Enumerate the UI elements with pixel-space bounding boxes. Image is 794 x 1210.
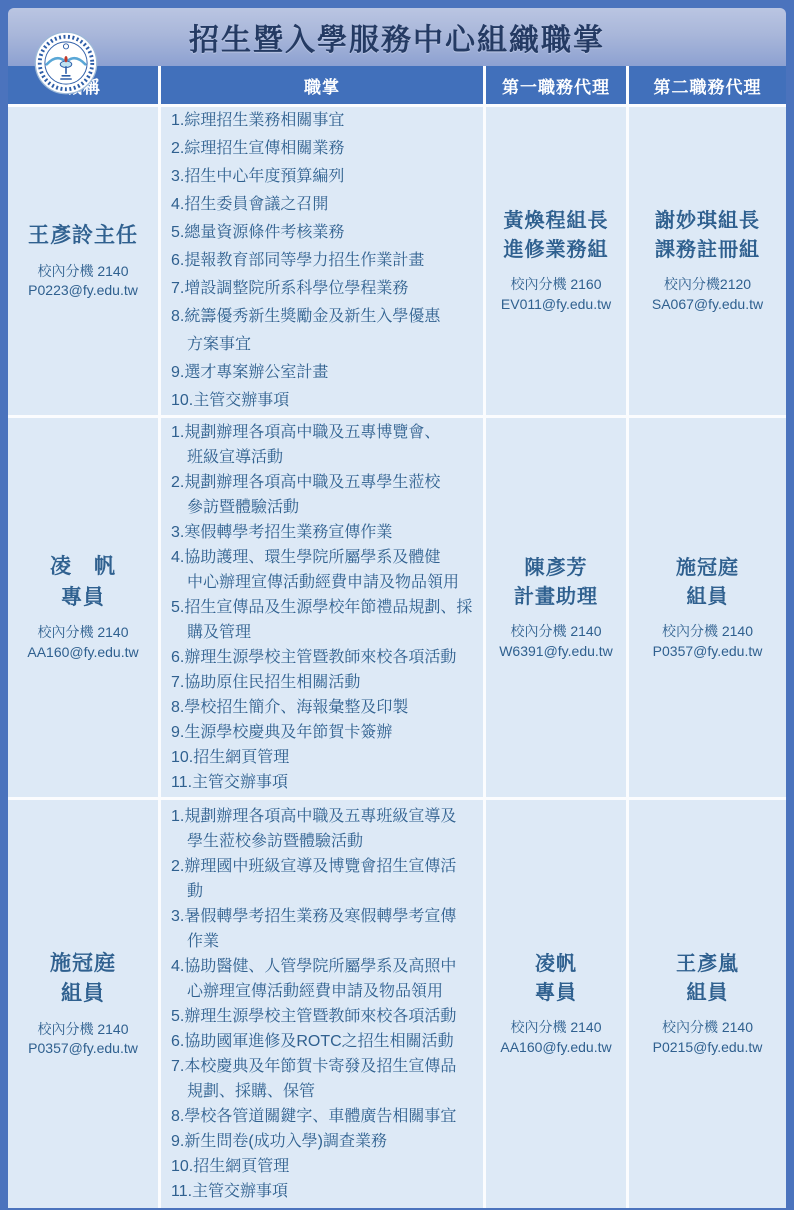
duty-item: 8.統籌優秀新生獎勵金及新生入學優惠 方案事宜 bbox=[171, 303, 475, 359]
person-contact: 校內分機 2140AA160@fy.edu.tw bbox=[500, 1018, 611, 1057]
first-deputy-cell: 凌帆專員校內分機 2140AA160@fy.edu.tw bbox=[486, 800, 626, 1208]
person-name: 謝妙琪組長課務註冊組 bbox=[655, 207, 760, 265]
extension: 校內分機 2140 bbox=[653, 1018, 763, 1038]
duty-item: 2.規劃辦理各項高中職及五專學生蒞校 參訪暨體驗活動 bbox=[171, 470, 475, 520]
email: AA160@fy.edu.tw bbox=[27, 643, 138, 663]
person-name: 王彥嵐組員 bbox=[676, 950, 739, 1008]
duty-item: 3.寒假轉學考招生業務宣傳作業 bbox=[171, 520, 475, 545]
column-header-first-deputy: 第一職務代理 bbox=[486, 66, 626, 104]
duty-item: 5.總量資源條件考核業務 bbox=[171, 219, 475, 247]
person-name-line: 黃煥程組長 bbox=[504, 207, 609, 236]
first-deputy-cell: 黃煥程組長進修業務組校內分機 2160EV011@fy.edu.tw bbox=[486, 107, 626, 415]
second-deputy-cell: 王彥嵐組員校內分機 2140P0215@fy.edu.tw bbox=[629, 800, 786, 1208]
duty-item: 6.辦理生源學校主管暨教師來校各項活動 bbox=[171, 645, 475, 670]
extension: 校內分機 2140 bbox=[500, 1018, 611, 1038]
extension: 校內分機 2140 bbox=[28, 262, 138, 282]
person-name-line: 組員 bbox=[676, 583, 739, 612]
person-name-line: 王彥詅主任 bbox=[28, 221, 138, 251]
duty-item: 8.學校各管道關鍵字、車體廣告相關事宜 bbox=[171, 1104, 475, 1129]
duty-item: 6.提報教育部同等學力招生作業計畫 bbox=[171, 247, 475, 275]
person-name-line: 計畫助理 bbox=[514, 583, 598, 612]
person-name-line: 陳彥芳 bbox=[514, 554, 598, 583]
person-name: 施冠庭組員 bbox=[676, 554, 739, 612]
person-contact: 校內分機 2140P0357@fy.edu.tw bbox=[28, 1020, 138, 1059]
duty-item: 11.主管交辦事項 bbox=[171, 770, 475, 795]
person-name-line: 謝妙琪組長 bbox=[655, 207, 760, 236]
email: P0357@fy.edu.tw bbox=[653, 642, 763, 662]
person-name: 王彥詅主任 bbox=[28, 221, 138, 251]
duty-item: 8.學校招生簡介、海報彙整及印製 bbox=[171, 695, 475, 720]
person-contact: 校內分機 2140P0223@fy.edu.tw bbox=[28, 262, 138, 301]
email: P0223@fy.edu.tw bbox=[28, 281, 138, 301]
duty-item: 1.綜理招生業務相關事宜 bbox=[171, 107, 475, 135]
extension: 校內分機 2140 bbox=[27, 623, 138, 643]
email: EV011@fy.edu.tw bbox=[501, 295, 611, 315]
school-seal-icon bbox=[34, 31, 98, 95]
person-contact: 校內分機 2160EV011@fy.edu.tw bbox=[501, 275, 611, 314]
second-deputy-cell: 謝妙琪組長課務註冊組校內分機2120SA067@fy.edu.tw bbox=[629, 107, 786, 415]
duty-item: 4.招生委員會議之召開 bbox=[171, 191, 475, 219]
email: SA067@fy.edu.tw bbox=[652, 295, 763, 315]
person-cell: 王彥詅主任校內分機 2140P0223@fy.edu.tw bbox=[8, 107, 158, 415]
person-cell: 凌 帆專員校內分機 2140AA160@fy.edu.tw bbox=[8, 418, 158, 797]
extension: 校內分機2120 bbox=[652, 275, 763, 295]
duty-item: 9.生源學校慶典及年節賀卡簽辦 bbox=[171, 720, 475, 745]
duty-item: 9.新生問卷(成功入學)調查業務 bbox=[171, 1129, 475, 1154]
extension: 校內分機 2140 bbox=[499, 622, 613, 642]
duty-item: 2.綜理招生宣傳相關業務 bbox=[171, 135, 475, 163]
column-header-duties: 職掌 bbox=[161, 66, 483, 104]
person-name: 凌 帆專員 bbox=[50, 552, 116, 613]
duties-cell: 1.規劃辦理各項高中職及五專博覽會、 班級宣導活動2.規劃辦理各項高中職及五專學… bbox=[161, 418, 483, 797]
page-frame: 招生暨入學服務中心組織職掌 職稱 職掌 第一職務代理 第二職務代理 王彥詅主任校… bbox=[0, 0, 794, 1210]
person-name-line: 專員 bbox=[50, 583, 116, 613]
person-name: 施冠庭組員 bbox=[50, 949, 116, 1010]
person-name: 凌帆專員 bbox=[535, 950, 577, 1008]
duty-item: 1.規劃辦理各項高中職及五專班級宣導及 學生蒞校參訪暨體驗活動 bbox=[171, 804, 475, 854]
person-contact: 校內分機 2140P0357@fy.edu.tw bbox=[653, 622, 763, 661]
email: P0215@fy.edu.tw bbox=[653, 1038, 763, 1058]
duty-item: 7.增設調整院所系科學位學程業務 bbox=[171, 275, 475, 303]
duty-item: 2.辦理國中班級宣導及博覽會招生宣傳活 動 bbox=[171, 854, 475, 904]
duty-item: 6.協助國軍進修及ROTC之招生相關活動 bbox=[171, 1029, 475, 1054]
second-deputy-cell: 施冠庭組員校內分機 2140P0357@fy.edu.tw bbox=[629, 418, 786, 797]
duty-item: 11.主管交辦事項 bbox=[171, 1179, 475, 1204]
duty-item: 5.招生宣傳品及生源學校年節禮品規劃、採 購及管理 bbox=[171, 595, 475, 645]
person-name-line: 課務註冊組 bbox=[655, 236, 760, 265]
extension: 校內分機 2140 bbox=[28, 1020, 138, 1040]
person-contact: 校內分機 2140W6391@fy.edu.tw bbox=[499, 622, 613, 661]
person-contact: 校內分機 2140P0215@fy.edu.tw bbox=[653, 1018, 763, 1057]
page-title: 招生暨入學服務中心組織職掌 bbox=[189, 15, 605, 59]
duty-item: 4.協助護理、環生學院所屬學系及體健 中心辦理宣傳活動經費申請及物品領用 bbox=[171, 545, 475, 595]
duty-item: 5.辦理生源學校主管暨教師來校各項活動 bbox=[171, 1004, 475, 1029]
person-name-line: 凌帆 bbox=[535, 950, 577, 979]
email: W6391@fy.edu.tw bbox=[499, 642, 613, 662]
person-name: 黃煥程組長進修業務組 bbox=[504, 207, 609, 265]
person-name-line: 進修業務組 bbox=[504, 236, 609, 265]
column-header-second-deputy: 第二職務代理 bbox=[629, 66, 786, 104]
duty-item: 7.協助原住民招生相關活動 bbox=[171, 670, 475, 695]
first-deputy-cell: 陳彥芳計畫助理校內分機 2140W6391@fy.edu.tw bbox=[486, 418, 626, 797]
person-contact: 校內分機 2140AA160@fy.edu.tw bbox=[27, 623, 138, 662]
person-name-line: 王彥嵐 bbox=[676, 950, 739, 979]
person-name-line: 組員 bbox=[676, 979, 739, 1008]
person-name-line: 施冠庭 bbox=[50, 949, 116, 979]
duty-item: 9.選才專案辦公室計畫 bbox=[171, 359, 475, 387]
person-name-line: 施冠庭 bbox=[676, 554, 739, 583]
person-contact: 校內分機2120SA067@fy.edu.tw bbox=[652, 275, 763, 314]
person-name: 陳彥芳計畫助理 bbox=[514, 554, 598, 612]
email: AA160@fy.edu.tw bbox=[500, 1038, 611, 1058]
title-bar: 招生暨入學服務中心組織職掌 bbox=[8, 8, 786, 66]
extension: 校內分機 2140 bbox=[653, 622, 763, 642]
duty-item: 10.招生網頁管理 bbox=[171, 745, 475, 770]
duty-item: 3.暑假轉學考招生業務及寒假轉學考宣傳 作業 bbox=[171, 904, 475, 954]
duty-item: 7.本校慶典及年節賀卡寄發及招生宣傳品 規劃、採購、保管 bbox=[171, 1054, 475, 1104]
duty-item: 10.主管交辦事項 bbox=[171, 387, 475, 415]
person-cell: 施冠庭組員校內分機 2140P0357@fy.edu.tw bbox=[8, 800, 158, 1208]
org-table: 職稱 職掌 第一職務代理 第二職務代理 王彥詅主任校內分機 2140P0223@… bbox=[8, 66, 786, 1208]
extension: 校內分機 2160 bbox=[501, 275, 611, 295]
duty-item: 3.招生中心年度預算編列 bbox=[171, 163, 475, 191]
duty-item: 10.招生網頁管理 bbox=[171, 1154, 475, 1179]
duty-item: 4.協助醫健、人管學院所屬學系及高照中 心辦理宣傳活動經費申請及物品領用 bbox=[171, 954, 475, 1004]
person-name-line: 專員 bbox=[535, 979, 577, 1008]
person-name-line: 組員 bbox=[50, 979, 116, 1009]
email: P0357@fy.edu.tw bbox=[28, 1039, 138, 1059]
duties-cell: 1.規劃辦理各項高中職及五專班級宣導及 學生蒞校參訪暨體驗活動2.辦理國中班級宣… bbox=[161, 800, 483, 1208]
duty-item: 1.規劃辦理各項高中職及五專博覽會、 班級宣導活動 bbox=[171, 420, 475, 470]
duties-cell: 1.綜理招生業務相關事宜2.綜理招生宣傳相關業務3.招生中心年度預算編列4.招生… bbox=[161, 107, 483, 415]
person-name-line: 凌 帆 bbox=[50, 552, 116, 582]
